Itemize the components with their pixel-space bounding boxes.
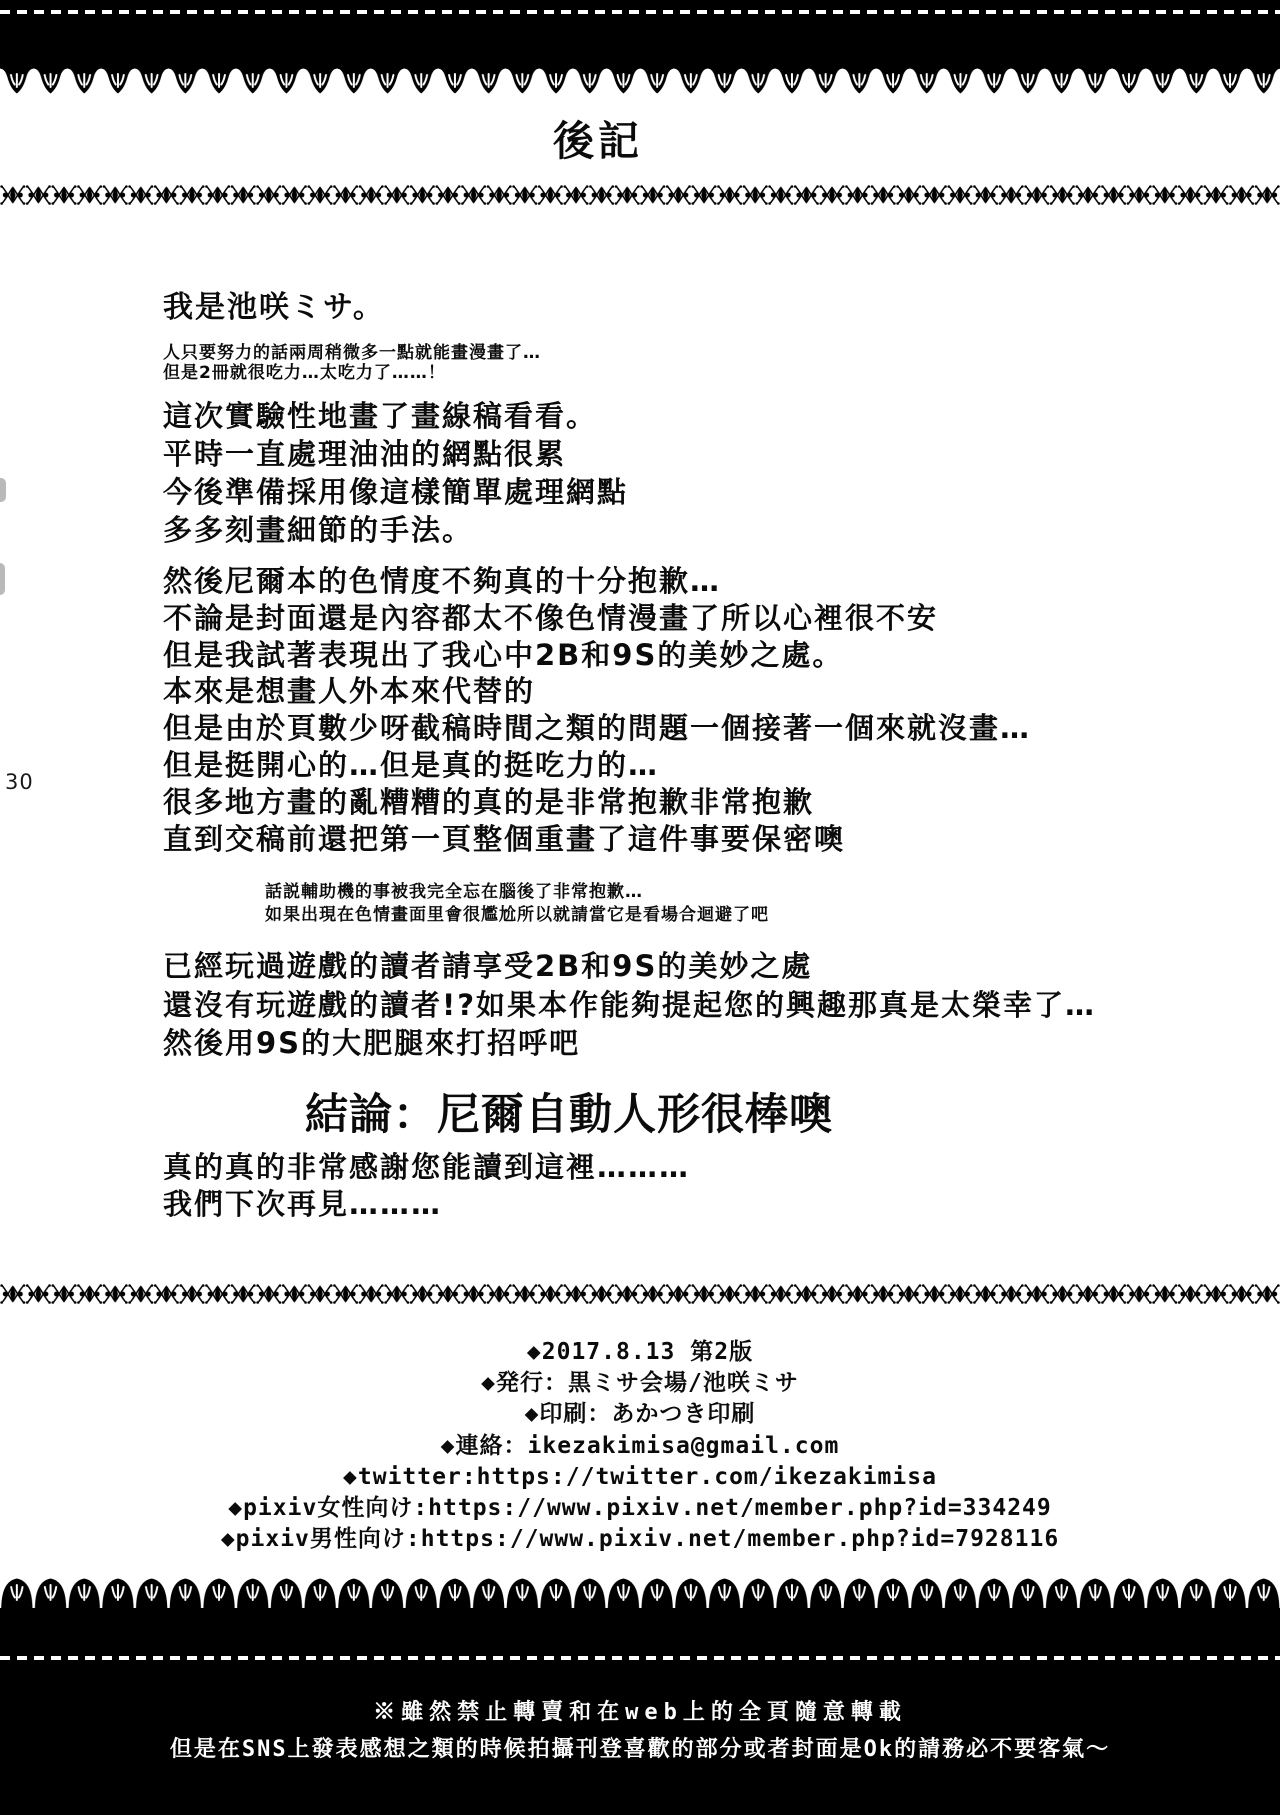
page-number: 30 <box>5 770 34 794</box>
colophon-edition-line: ◆2017.8.13 第2版 <box>0 1337 1280 1368</box>
footer-notice: ※雖然禁止轉賣和在web上的全頁隨意轉載 但是在SNS上發表感想之類的時候拍攝刊… <box>0 1694 1280 1768</box>
footer-notice-line: ※雖然禁止轉賣和在web上的全頁隨意轉載 <box>0 1694 1280 1731</box>
afterword-closing: 真的真的非常感謝您能讀到這裡……… 我們下次再見……… <box>163 1149 690 1223</box>
colophon-pixiv-male-line: ◆pixiv男性向け:https://www.pixiv.net/member.… <box>0 1524 1280 1555</box>
afterword-aside-pod: 話説輔助機的事被我完全忘在腦後了非常抱歉… 如果出現在色情畫面里會很尷尬所以就請… <box>265 881 769 927</box>
page-title: 後記 <box>553 108 643 167</box>
scan-artifact <box>0 563 5 595</box>
text-line: 這次實驗性地畫了畫線稿看看。 <box>163 397 628 435</box>
colophon-contact-line: ◆連絡：ikezakimisa@gmail.com <box>0 1431 1280 1462</box>
scan-artifact <box>0 478 6 502</box>
afterword-page: 後記 30 我是池咲ミ <box>0 0 1280 1815</box>
text-line: 直到交稿前還把第一頁整個重畫了這件事要保密噢 <box>163 821 1031 858</box>
text-line: 人只要努力的話兩周稍微多一點就能畫漫畫了… <box>163 343 541 363</box>
text-line: 本來是想畫人外本來代替的 <box>163 673 1031 710</box>
colophon-printer-line: ◆印刷：あかつき印刷 <box>0 1399 1280 1430</box>
lace-divider-bottom <box>0 1282 1280 1306</box>
text-line: 但是挺開心的…但是真的挺吃力的… <box>163 747 1031 784</box>
text-line: 不論是封面還是內容都太不像色情漫畫了所以心裡很不安 <box>163 600 1031 637</box>
text-line: 我們下次再見……… <box>163 1186 690 1223</box>
colophon-twitter-line: ◆twitter:https://twitter.com/ikezakimisa <box>0 1462 1280 1493</box>
afterword-aside-effort: 人只要努力的話兩周稍微多一點就能畫漫畫了… 但是2冊就很吃力…太吃力了……！ <box>163 343 541 383</box>
text-line: 很多地方畫的亂糟糟的真的是非常抱歉非常抱歉 <box>163 784 1031 821</box>
text-line: 今後準備採用像這樣簡單處理網點 <box>163 473 628 511</box>
text-line: 真的真的非常感謝您能讀到這裡……… <box>163 1149 690 1186</box>
colophon: ◆2017.8.13 第2版 ◆発行：黒ミサ会場/池咲ミサ ◆印刷：あかつき印刷… <box>0 1337 1280 1555</box>
afterword-paragraph-apology: 然後尼爾本的色情度不夠真的十分抱歉… 不論是封面還是內容都太不像色情漫畫了所以心… <box>163 563 1031 857</box>
afterword-paragraph-readers: 已經玩過遊戲的讀者請享受2B和9S的美妙之處 還沒有玩遊戲的讀者!?如果本作能夠… <box>163 947 1096 1063</box>
text-line: 但是2冊就很吃力…太吃力了……！ <box>163 363 541 383</box>
text-line: 但是我試著表現出了我心中2B和9S的美妙之處。 <box>163 637 1031 674</box>
afterword-greeting: 我是池咲ミサ。 <box>163 282 385 326</box>
text-line: 話説輔助機的事被我完全忘在腦後了非常抱歉… <box>265 881 769 904</box>
text-line: 然後用9S的大肥腿來打招呼吧 <box>163 1024 1096 1063</box>
text-line: 還沒有玩遊戲的讀者!?如果本作能夠提起您的興趣那真是太榮幸了… <box>163 986 1096 1025</box>
text-line: 但是由於頁數少呀截稿時間之類的問題一個接著一個來就沒畫… <box>163 710 1031 747</box>
text-line: 平時一直處理油油的網點很累 <box>163 435 628 473</box>
text-line: 如果出現在色情畫面里會很尷尬所以就請當它是看場合迴避了吧 <box>265 904 769 927</box>
colophon-publisher-line: ◆発行：黒ミサ会場/池咲ミサ <box>0 1368 1280 1399</box>
ornament-top-border <box>0 0 1280 96</box>
text-line: 然後尼爾本的色情度不夠真的十分抱歉… <box>163 563 1031 600</box>
colophon-pixiv-female-line: ◆pixiv女性向け:https://www.pixiv.net/member.… <box>0 1493 1280 1524</box>
afterword-conclusion: 結論：尼爾自動人形很棒噢 <box>305 1081 833 1142</box>
afterword-paragraph-linework: 這次實驗性地畫了畫線稿看看。 平時一直處理油油的網點很累 今後準備採用像這樣簡單… <box>163 397 628 549</box>
text-line: 多多刻畫細節的手法。 <box>163 511 628 549</box>
lace-divider-top <box>0 183 1280 207</box>
footer-notice-line: 但是在SNS上發表感想之類的時候拍攝刊登喜歡的部分或者封面是Ok的請務必不要客氣… <box>0 1731 1280 1768</box>
text-line: 已經玩過遊戲的讀者請享受2B和9S的美妙之處 <box>163 947 1096 986</box>
